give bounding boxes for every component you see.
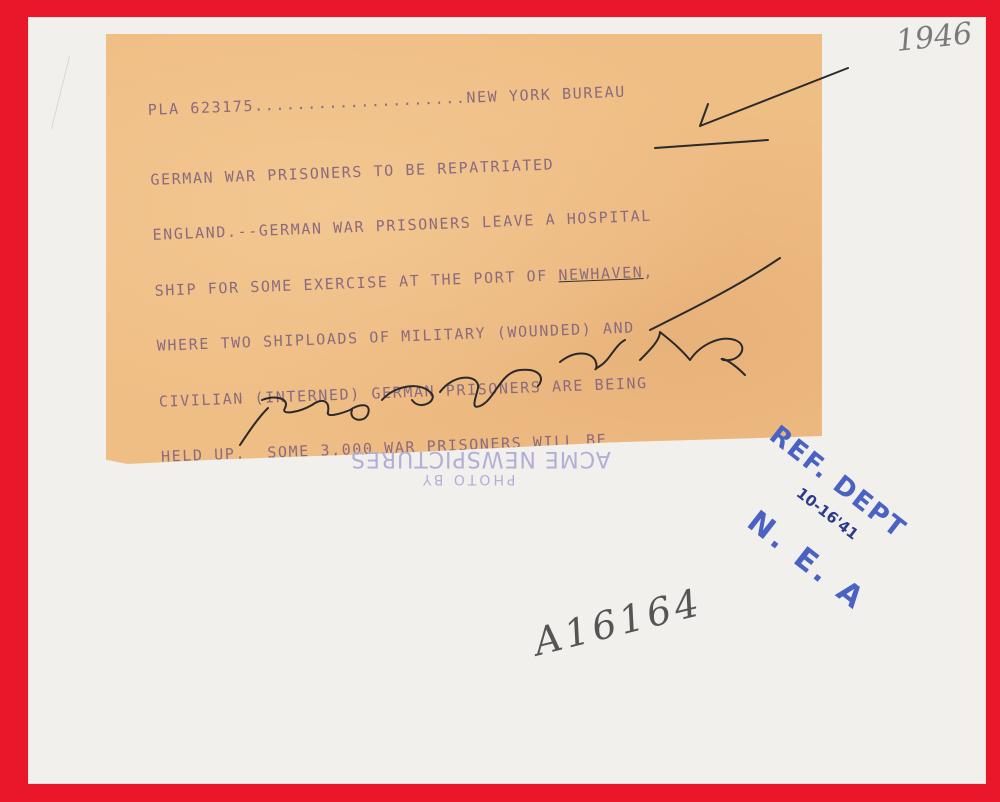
body-line: CIVILIAN (INTERNED) GERMAN PRISONERS ARE… bbox=[159, 367, 819, 411]
header-code: PLA 623175 bbox=[147, 97, 254, 119]
underlined-place: NEWHAVEN bbox=[558, 263, 644, 284]
caption-slip: PLA 623175....................NEW YORK B… bbox=[106, 34, 822, 464]
bureau-name: NEW YORK BUREAU bbox=[466, 83, 626, 107]
body-line: SHIP FOR SOME EXERCISE AT THE PORT OF NE… bbox=[154, 256, 814, 300]
acme-stamp-line1: ACME NEWSPICTURES bbox=[350, 446, 630, 471]
caption-header: PLA 623175....................NEW YORK B… bbox=[147, 76, 807, 120]
headline: GERMAN WAR PRISONERS TO BE REPATRIATED bbox=[150, 145, 810, 189]
header-leader: .................... bbox=[254, 89, 467, 115]
body-line: WHERE TWO SHIPLOADS OF MILITARY (WOUNDED… bbox=[156, 311, 816, 355]
acme-stamp: PHOTO BY ACME NEWSPICTURES bbox=[350, 446, 630, 487]
acme-stamp-line2: PHOTO BY bbox=[420, 471, 630, 487]
body-line: ENGLAND.--GERMAN WAR PRISONERS LEAVE A H… bbox=[152, 201, 812, 245]
